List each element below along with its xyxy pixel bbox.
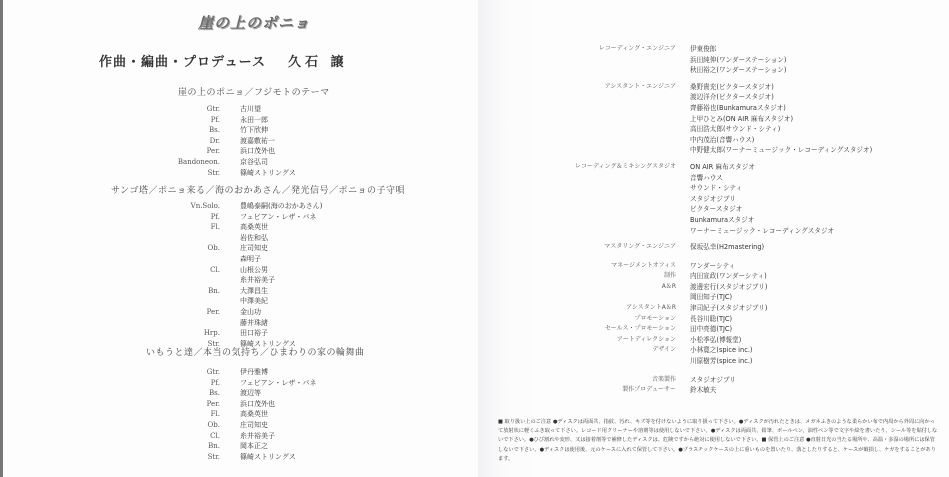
staff-name: 津司紀子(スタジオジブリ) — [690, 303, 767, 314]
instrument-label: Cl. — [128, 431, 240, 442]
credit-row: Bn.岡本正之 — [128, 441, 316, 452]
musician-name: 竹下欣伸 — [240, 125, 268, 136]
credit-list: Gtr.古川望Pf.永田一郎Bs.竹下欣伸Dr.渡嘉敷祐一Per.浜口茂外也Ba… — [128, 104, 296, 178]
musician-name: 藤井珠緒 — [240, 318, 268, 329]
staff-row: スタジオジブリ — [500, 194, 872, 205]
credit-row: Fl.高桑英世 — [128, 222, 322, 233]
credit-row: 糸井裕美子 — [128, 275, 322, 286]
credit-row: Per.浜口茂外也 — [128, 146, 296, 157]
instrument-label: Gtr. — [128, 104, 240, 115]
staff-name: ビクタースタジオ — [690, 204, 742, 215]
musician-name: 岩佐和弘 — [240, 233, 268, 244]
staff-row: Bunkamuraスタジオ — [500, 215, 872, 226]
left-page: 崖の上のポニョ 作曲・編曲・プロデュース久石 譲 崖の上のポニョ／フジモトのテー… — [0, 0, 478, 477]
staff-role: プロモーション — [500, 314, 690, 325]
staff-role — [500, 183, 690, 194]
staff-row: A＆R渡邊宏行(スタジオジブリ) — [500, 282, 872, 293]
staff-row: 中内茂治(音響ハウス) — [500, 135, 872, 146]
staff-role — [500, 173, 690, 184]
musician-name: 豊嶋泰嗣(海のおかあさん) — [240, 201, 322, 212]
staff-row: 製作プロデューサー鈴木敏夫 — [500, 385, 872, 396]
staff-row: 音響ハウス — [500, 173, 872, 184]
staff-role: アシスタントA＆R — [500, 303, 690, 314]
staff-name: 岡田知子(TJC) — [690, 292, 732, 303]
staff-role: デザイン — [500, 345, 690, 356]
staff-name: 鈴木敏夫 — [690, 385, 716, 396]
staff-role — [500, 194, 690, 205]
section-title: サンゴ塔／ポニョ来る／海のおかあさん／発光信号／ポニョの子守唄 — [111, 183, 405, 196]
staff-name: 音響ハウス — [690, 173, 723, 184]
staff-name: 小松季弘(博報堂) — [690, 335, 741, 346]
musician-name: フェビアン・レザ・パネ — [240, 378, 316, 389]
staff-row: 制作内田宣政(ワンダーシティ) — [500, 271, 872, 282]
instrument-label — [128, 318, 240, 329]
staff-role: 制作 — [500, 271, 690, 282]
staff-row: ワーナーミュージック・レコーディングスタジオ — [500, 226, 872, 237]
staff-name: 渡辺洋介(ビクタースタジオ) — [690, 92, 774, 103]
instrument-label: Pf. — [128, 212, 240, 223]
staff-role: マスタリング・エンジニア — [500, 242, 690, 253]
staff-role — [500, 92, 690, 103]
staff-row: 齊藤裕也(Bunkamuraスタジオ) — [500, 103, 872, 114]
credit-row: Bs.竹下欣伸 — [128, 125, 296, 136]
credit-row: Pf.フェビアン・レザ・パネ — [128, 378, 316, 389]
staff-row: アシスタントA＆R津司紀子(スタジオジブリ) — [500, 303, 872, 314]
staff-role — [500, 292, 690, 303]
musician-name: 伊丹雅博 — [240, 367, 268, 378]
staff-row: マスタリング・エンジニア保坂弘幸(H2mastering) — [500, 242, 872, 253]
credit-row: Str.篠崎ストリングス — [128, 452, 316, 463]
staff-row: 岡田知子(TJC) — [500, 292, 872, 303]
credit-row: Str.篠崎ストリングス — [128, 168, 296, 179]
section-title: いもうと達／本当の気持ち／ひまわりの家の輪舞曲 — [146, 345, 365, 358]
credit-row: 中澤美紀 — [128, 296, 322, 307]
credit-row: Hrp.田口裕子 — [128, 328, 322, 339]
staff-row: サウンド・シティ — [500, 183, 872, 194]
staff-role — [500, 226, 690, 237]
credit-list: Vn.Solo.豊嶋泰嗣(海のおかあさん)Pf.フェビアン・レザ・パネFl.高桑… — [128, 201, 322, 349]
musician-name: 篠崎ストリングス — [240, 452, 296, 463]
musician-name: 渡辺等 — [240, 388, 261, 399]
musician-name: 金山功 — [240, 307, 261, 318]
staff-row: 高田浩太郎(サウンド・シティ) — [500, 124, 872, 135]
staff-row: プロモーション長谷川聡(TJC) — [500, 314, 872, 325]
instrument-label: Bn. — [128, 286, 240, 297]
musician-name: 森明子 — [240, 254, 261, 265]
staff-row: レコーディング・エンジニア伊東俊郎 — [500, 44, 872, 55]
staff-role: アシスタント・エンジニア — [500, 82, 690, 93]
credit-row: 藤井珠緒 — [128, 318, 322, 329]
staff-row: 上甲ひとみ(ON AIR 麻布スタジオ) — [500, 114, 872, 125]
staff-row: 中野健太郎(ワーナーミュージック・レコーディングスタジオ) — [500, 145, 872, 156]
producer-credit: 作曲・編曲・プロデュース久石 譲 — [99, 51, 348, 70]
staff-role: セールス・プロモーション — [500, 324, 690, 335]
staff-name: 浜田純伸(ワンダーステーション) — [690, 55, 786, 66]
instrument-label — [128, 275, 240, 286]
instrument-label: Per. — [128, 146, 240, 157]
musician-name: 京谷弘司 — [240, 157, 268, 168]
staff-role — [500, 356, 690, 367]
staff-row: 秋田裕之(ワンダーステーション) — [500, 65, 872, 76]
instrument-label: Cl. — [128, 265, 240, 276]
staff-name: Bunkamuraスタジオ — [690, 215, 754, 226]
musician-name: 田口裕子 — [240, 328, 268, 339]
right-page: レコーディング・エンジニア伊東俊郎浜田純伸(ワンダーステーション)秋田裕之(ワン… — [478, 0, 949, 477]
staff-role: レコーディング＆ミキシングスタジオ — [500, 162, 690, 173]
credit-row: Gtr.伊丹雅博 — [128, 367, 316, 378]
staff-credits: レコーディング・エンジニア伊東俊郎浜田純伸(ワンダーステーション)秋田裕之(ワン… — [500, 44, 872, 396]
staff-name: 秋田裕之(ワンダーステーション) — [690, 65, 786, 76]
musician-name: 糸井裕美子 — [240, 431, 275, 442]
musician-name: 大澤昌生 — [240, 286, 268, 297]
musician-name: 古川望 — [240, 104, 261, 115]
staff-row: マネージメントオフィスワンダーシティ — [500, 261, 872, 272]
instrument-label — [128, 254, 240, 265]
title-logo: 崖の上のポニョ — [198, 12, 310, 33]
staff-name: 小林寛之(spice inc.) — [690, 345, 752, 356]
instrument-label: Per. — [128, 307, 240, 318]
staff-row: 浜田純伸(ワンダーステーション) — [500, 55, 872, 66]
staff-name: 中内茂治(音響ハウス) — [690, 135, 754, 146]
credit-row: Pf.永田一郎 — [128, 115, 296, 126]
credit-row: Fl.高桑英世 — [128, 409, 316, 420]
credit-row: 岩佐和弘 — [128, 233, 322, 244]
credit-row: Per.浜口茂外也 — [128, 399, 316, 410]
instrument-label: Fl. — [128, 409, 240, 420]
instrument-label: Ob. — [128, 243, 240, 254]
musician-name: 渡嘉敷祐一 — [240, 136, 275, 147]
staff-name: サウンド・シティ — [690, 183, 742, 194]
instrument-label: Bn. — [128, 441, 240, 452]
staff-row: デザイン小林寛之(spice inc.) — [500, 345, 872, 356]
credit-row: Cl.山根公男 — [128, 265, 322, 276]
staff-role: マネージメントオフィス — [500, 261, 690, 272]
staff-role: 製作プロデューサー — [500, 385, 690, 396]
instrument-label: Pf. — [128, 115, 240, 126]
credit-row: Bs.渡辺等 — [128, 388, 316, 399]
credit-list: Gtr.伊丹雅博Pf.フェビアン・レザ・パネBs.渡辺等Per.浜口茂外也Fl.… — [128, 367, 316, 462]
staff-role — [500, 215, 690, 226]
producer-role: 作曲・編曲・プロデュース — [99, 55, 266, 70]
staff-name: ワーナーミュージック・レコーディングスタジオ — [690, 226, 834, 237]
staff-name: 保坂弘幸(H2mastering) — [690, 242, 764, 253]
credit-row: Vn.Solo.豊嶋泰嗣(海のおかあさん) — [128, 201, 322, 212]
instrument-label: Bs. — [128, 125, 240, 136]
musician-name: 山根公男 — [240, 265, 268, 276]
instrument-label: Vn.Solo. — [128, 201, 240, 212]
staff-name: 長谷川聡(TJC) — [690, 314, 732, 325]
instrument-label: Ob. — [128, 420, 240, 431]
staff-name: 川原樹芳(spice inc.) — [690, 356, 752, 367]
credit-row: Dr.渡嘉敷祐一 — [128, 136, 296, 147]
instrument-label — [128, 296, 240, 307]
staff-name: ワンダーシティ — [690, 261, 735, 272]
staff-name: 田中亮德(TJC) — [690, 324, 732, 335]
staff-role — [500, 114, 690, 125]
credit-row: Pf.フェビアン・レザ・パネ — [128, 212, 322, 223]
staff-name: ON AIR 麻布スタジオ — [690, 162, 755, 173]
staff-role: 音楽製作 — [500, 375, 690, 386]
instrument-label: Str. — [128, 452, 240, 463]
musician-name: 浜口茂外也 — [240, 146, 275, 157]
staff-name: 上甲ひとみ(ON AIR 麻布スタジオ) — [690, 114, 793, 125]
instrument-label: Hrp. — [128, 328, 240, 339]
credit-row: 森明子 — [128, 254, 322, 265]
instrument-label — [128, 233, 240, 244]
staff-row: 川原樹芳(spice inc.) — [500, 356, 872, 367]
staff-role — [500, 124, 690, 135]
staff-row: 音楽製作スタジオジブリ — [500, 375, 872, 386]
staff-row: レコーディング＆ミキシングスタジオON AIR 麻布スタジオ — [500, 162, 872, 173]
staff-name: 内田宣政(ワンダーシティ) — [690, 271, 767, 282]
staff-role — [500, 204, 690, 215]
musician-name: 浜口茂外也 — [240, 399, 275, 410]
staff-row: アートディレクション小松季弘(博報堂) — [500, 335, 872, 346]
musician-name: 篠崎ストリングス — [240, 168, 296, 179]
handling-notice: ■ 取り扱い上のご注意 ●ディスクは両面共、指紋、汚れ、キズ等を付けないように取… — [498, 418, 938, 464]
staff-name: 齊藤裕也(Bunkamuraスタジオ) — [690, 103, 786, 114]
credit-row: Ob.庄司知史 — [128, 420, 316, 431]
credit-row: Bandoneon.京谷弘司 — [128, 157, 296, 168]
musician-name: 岡本正之 — [240, 441, 268, 452]
staff-row: アシスタント・エンジニア桑野貴充(ビクタースタジオ) — [500, 82, 872, 93]
musician-name: 糸井裕美子 — [240, 275, 275, 286]
musician-name: 庄司知史 — [240, 420, 268, 431]
instrument-label: Per. — [128, 399, 240, 410]
credit-row: Gtr.古川望 — [128, 104, 296, 115]
instrument-label: Bs. — [128, 388, 240, 399]
instrument-label: Dr. — [128, 136, 240, 147]
instrument-label: Fl. — [128, 222, 240, 233]
staff-name: 渡邊宏行(スタジオジブリ) — [690, 282, 767, 293]
credit-row: Ob.庄司知史 — [128, 243, 322, 254]
staff-role — [500, 103, 690, 114]
staff-row: 渡辺洋介(ビクタースタジオ) — [500, 92, 872, 103]
staff-name: 伊東俊郎 — [690, 44, 716, 55]
staff-name: 中野健太郎(ワーナーミュージック・レコーディングスタジオ) — [690, 145, 872, 156]
instrument-label: Str. — [128, 168, 240, 179]
staff-role — [500, 65, 690, 76]
staff-name: 高田浩太郎(サウンド・シティ) — [690, 124, 780, 135]
section-title: 崖の上のポニョ／フジモトのテーマ — [178, 85, 330, 98]
staff-name: 桑野貴充(ビクタースタジオ) — [690, 82, 774, 93]
staff-role: アートディレクション — [500, 335, 690, 346]
musician-name: 中澤美紀 — [240, 296, 268, 307]
credit-row: Per.金山功 — [128, 307, 322, 318]
instrument-label: Gtr. — [128, 367, 240, 378]
staff-role: A＆R — [500, 282, 690, 293]
credit-row: Cl.糸井裕美子 — [128, 431, 316, 442]
instrument-label: Pf. — [128, 378, 240, 389]
musician-name: 高桑英世 — [240, 222, 268, 233]
staff-role — [500, 55, 690, 66]
staff-role — [500, 135, 690, 146]
staff-role: レコーディング・エンジニア — [500, 44, 690, 55]
staff-row: ビクタースタジオ — [500, 204, 872, 215]
instrument-label: Bandoneon. — [128, 157, 240, 168]
staff-name: スタジオジブリ — [690, 194, 736, 205]
musician-name: 高桑英世 — [240, 409, 268, 420]
producer-name: 久石 譲 — [288, 55, 348, 70]
musician-name: フェビアン・レザ・パネ — [240, 212, 316, 223]
musician-name: 庄司知史 — [240, 243, 268, 254]
staff-row: セールス・プロモーション田中亮德(TJC) — [500, 324, 872, 335]
musician-name: 永田一郎 — [240, 115, 268, 126]
staff-role — [500, 145, 690, 156]
staff-name: スタジオジブリ — [690, 375, 736, 386]
credit-row: Bn.大澤昌生 — [128, 286, 322, 297]
